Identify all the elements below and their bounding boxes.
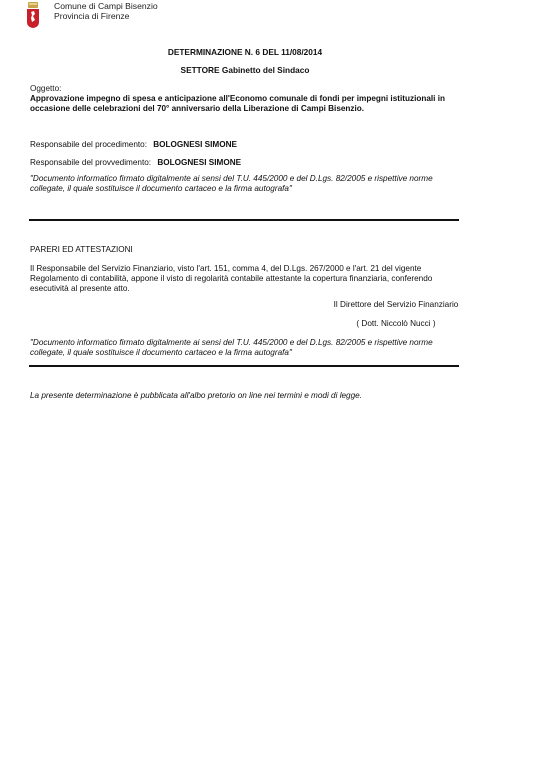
determination-title: DETERMINAZIONE N. 6 DEL 11/08/2014 [0, 47, 490, 57]
responsible-provision-name: BOLOGNESI SIMONE [157, 158, 241, 167]
province-name: Provincia di Firenze [54, 11, 158, 21]
opinions-line-2: Regolamento di contabilità, appone il vi… [30, 274, 432, 284]
comune-coat-of-arms-icon [27, 2, 39, 28]
responsible-procedure: Responsabile del procedimento: BOLOGNESI… [30, 140, 237, 150]
responsible-procedure-label: Responsabile del procedimento: [30, 140, 147, 149]
signature-note-2-line-1: "Documento informatico firmato digitalme… [30, 338, 433, 348]
opinions-heading: PARERI ED ATTESTAZIONI [30, 245, 133, 255]
signature-note-2-line-2: collegate, il quale sostituisce il docum… [30, 348, 433, 358]
signer-name: ( Dott. Niccolò Nucci ) [301, 319, 491, 328]
municipality-header: Comune di Campi Bisenzio Provincia di Fi… [54, 1, 158, 21]
opinions-paragraph: Il Responsabile del Servizio Finanziario… [30, 264, 432, 295]
opinions-line-3: esecutività al presente atto. [30, 284, 432, 294]
publication-note: La presente determinazione è pubblicata … [30, 391, 362, 401]
signature-note-1-line-1: "Documento informatico firmato digitalme… [30, 174, 433, 184]
digital-signature-note-2: "Documento informatico firmato digitalme… [30, 338, 433, 358]
subject-block: Oggetto: Approvazione impegno di spesa e… [30, 84, 445, 115]
opinions-line-1: Il Responsabile del Servizio Finanziario… [30, 264, 432, 274]
responsible-provision: Responsabile del provvedimento: BOLOGNES… [30, 158, 241, 168]
section-divider-2 [29, 365, 459, 367]
municipality-name: Comune di Campi Bisenzio [54, 1, 158, 11]
subject-line-1: Approvazione impegno di spesa e anticipa… [30, 94, 445, 104]
signer-role: Il Direttore del Servizio Finanziario [301, 300, 491, 309]
responsible-procedure-name: BOLOGNESI SIMONE [153, 140, 237, 149]
section-divider-1 [29, 219, 459, 221]
responsible-provision-label: Responsabile del provvedimento: [30, 158, 151, 167]
subject-line-2: occasione delle celebrazioni del 70° ann… [30, 104, 445, 114]
sector-title: SETTORE Gabinetto del Sindaco [0, 65, 490, 75]
digital-signature-note-1: "Documento informatico firmato digitalme… [30, 174, 433, 194]
signature-note-1-line-2: collegate, il quale sostituisce il docum… [30, 184, 433, 194]
subject-label: Oggetto: [30, 84, 445, 94]
